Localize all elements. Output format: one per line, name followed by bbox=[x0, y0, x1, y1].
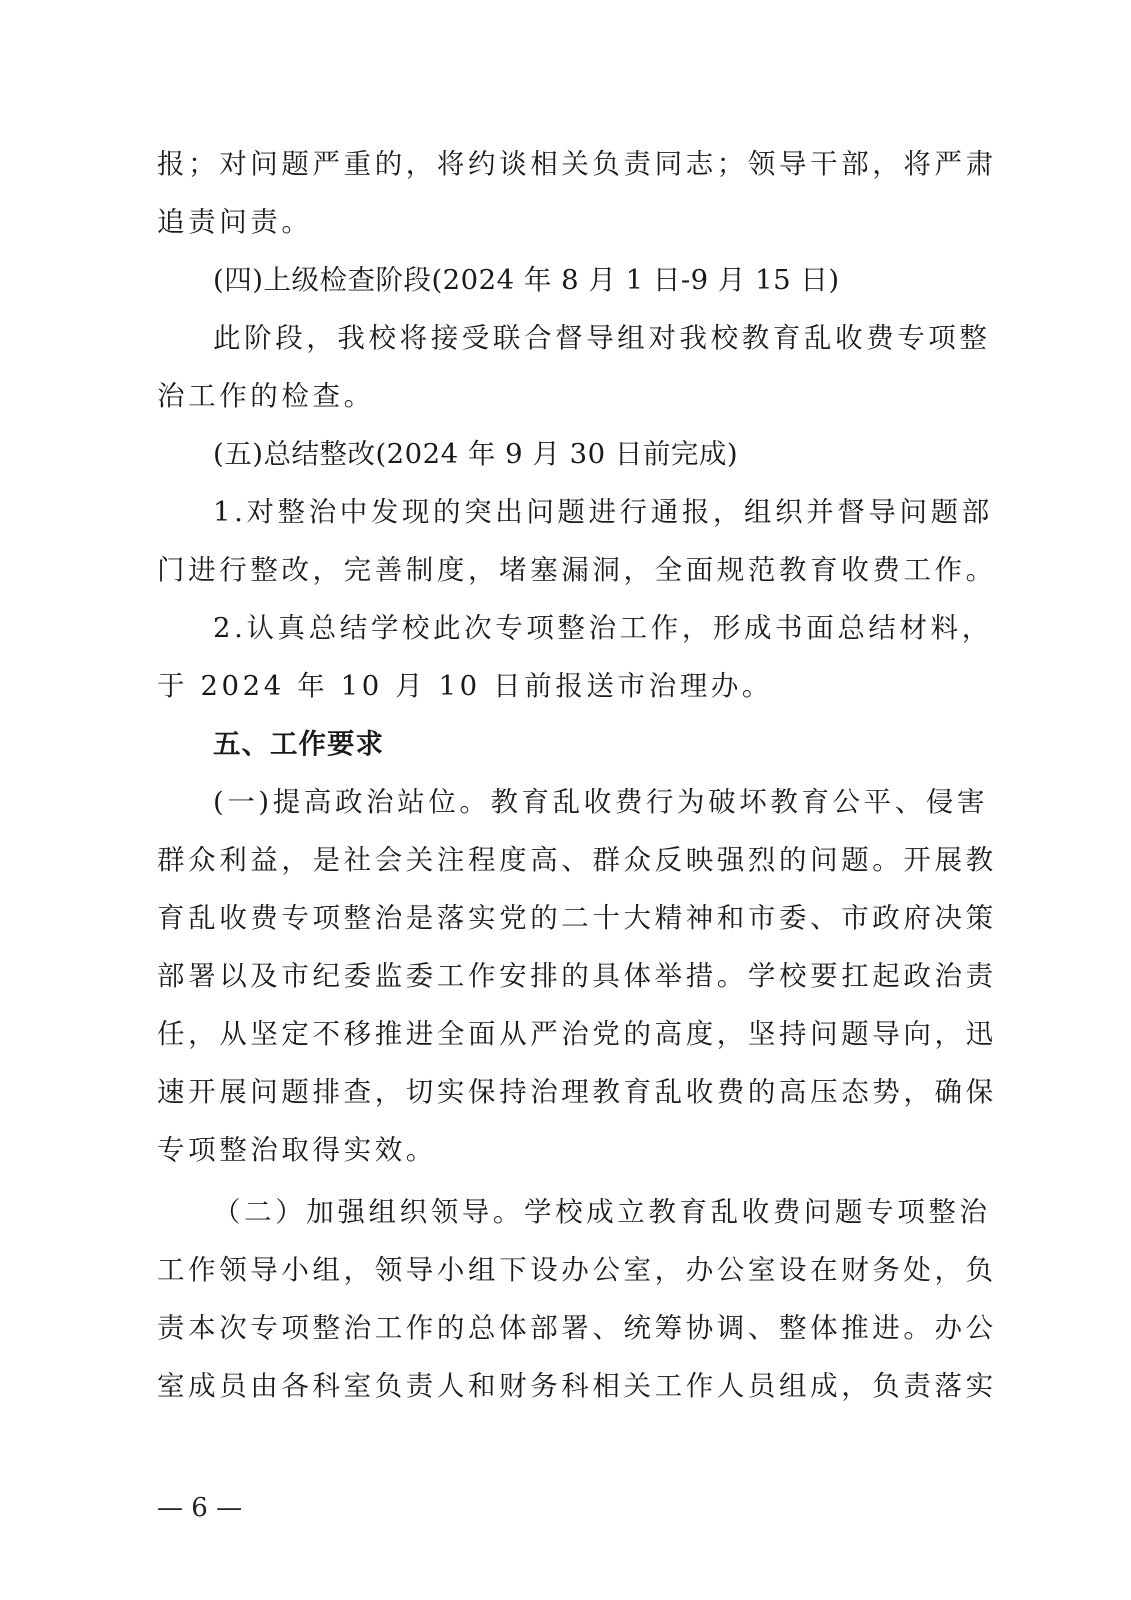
page-number: — 6 — bbox=[157, 1490, 242, 1526]
document-page: 报；对问题严重的，将约谈相关负责同志；领导干部，将严肃 追责问责。 (四)上级检… bbox=[0, 0, 1131, 1600]
body-line: 治工作的检查。 bbox=[157, 376, 957, 416]
body-line: 专项整治取得实效。 bbox=[157, 1130, 957, 1170]
list-item-2: 2.认真总结学校此次专项整治工作，形成书面总结材料， bbox=[213, 608, 957, 648]
body-line: 门进行整改，完善制度，堵塞漏洞，全面规范教育收费工作。 bbox=[157, 550, 957, 590]
section-subheading-5: (五)总结整改(2024 年 9 月 30 日前完成) bbox=[213, 434, 957, 474]
body-line: 追责问责。 bbox=[157, 202, 957, 242]
body-line: 室成员由各科室负责人和财务科相关工作人员组成，负责落实 bbox=[157, 1366, 957, 1406]
body-line: 于 2024 年 10 月 10 日前报送市治理办。 bbox=[157, 666, 957, 706]
body-line: 工作领导小组，领导小组下设办公室，办公室设在财务处，负 bbox=[157, 1250, 957, 1290]
body-line: 此阶段，我校将接受联合督导组对我校教育乱收费专项整 bbox=[213, 318, 957, 358]
list-item-1: 1.对整治中发现的突出问题进行通报，组织并督导问题部 bbox=[213, 492, 957, 532]
section-subheading-4: (四)上级检查阶段(2024 年 8 月 1 日-9 月 15 日) bbox=[213, 260, 957, 300]
body-line: 报；对问题严重的，将约谈相关负责同志；领导干部，将严肃 bbox=[157, 144, 957, 184]
requirement-2-line: （二）加强组织领导。学校成立教育乱收费问题专项整治 bbox=[213, 1192, 957, 1232]
body-line: 育乱收费专项整治是落实党的二十大精神和市委、市政府决策 bbox=[157, 898, 957, 938]
body-line: 任，从坚定不移推进全面从严治党的高度，坚持问题导向，迅 bbox=[157, 1014, 957, 1054]
section-heading-work-requirements: 五、工作要求 bbox=[213, 724, 957, 764]
body-line: 速开展问题排查，切实保持治理教育乱收费的高压态势，确保 bbox=[157, 1072, 957, 1112]
body-line: 责本次专项整治工作的总体部署、统筹协调、整体推进。办公 bbox=[157, 1308, 957, 1348]
requirement-1-line: (一)提高政治站位。教育乱收费行为破坏教育公平、侵害 bbox=[213, 782, 957, 822]
body-line: 群众利益，是社会关注程度高、群众反映强烈的问题。开展教 bbox=[157, 840, 957, 880]
body-line: 部署以及市纪委监委工作安排的具体举措。学校要扛起政治责 bbox=[157, 956, 957, 996]
